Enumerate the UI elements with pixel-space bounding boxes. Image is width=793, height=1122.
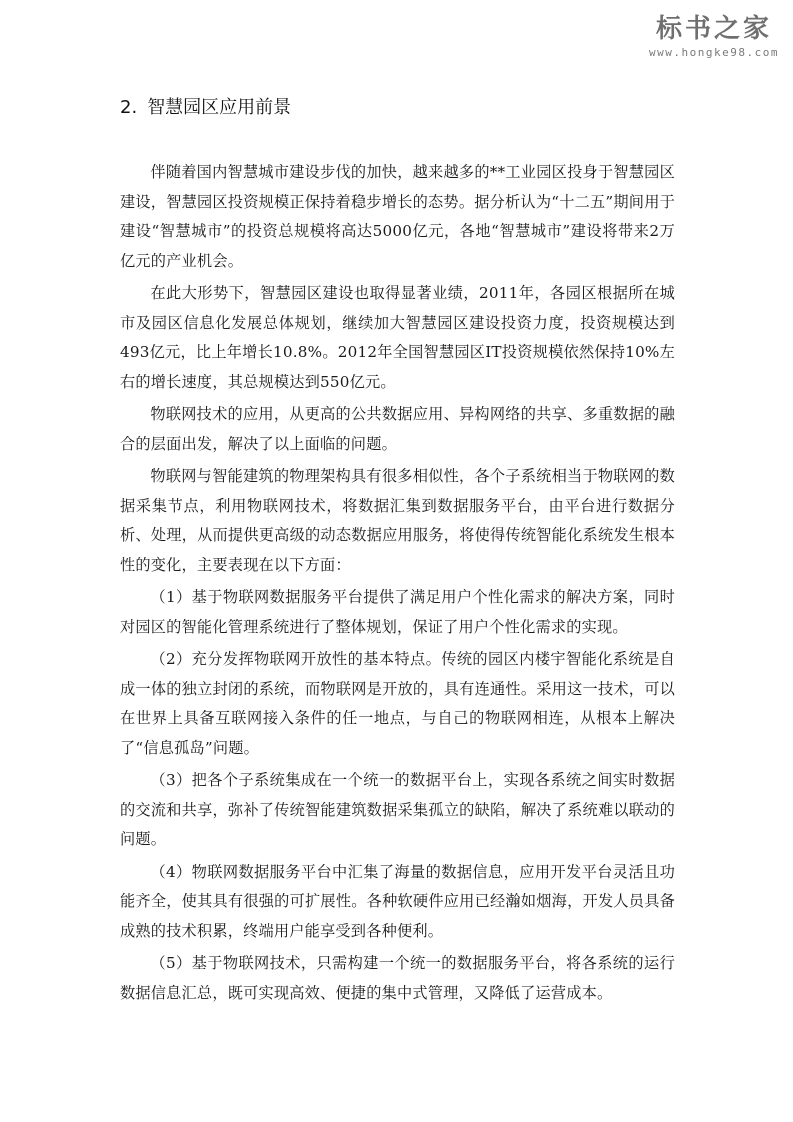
- list-item-3: （3）把各个子系统集成在一个统一的数据平台上，实现各系统之间实时数据的交流和共享…: [120, 766, 675, 855]
- paragraph-intro: 伴随着国内智慧城市建设步伐的加快，越来越多的**工业园区投身于智慧园区建设，智慧…: [120, 158, 675, 276]
- watermark-logo: 标书之家 www.hongke98.com: [649, 14, 779, 60]
- watermark-url: www.hongke98.com: [649, 46, 779, 60]
- paragraph-iot-architecture: 物联网与智能建筑的物理架构具有很多相似性，各个子系统相当于物联网的数据采集节点，…: [120, 462, 675, 580]
- paragraph-investment: 在此大形势下，智慧园区建设也取得显著业绩，2011年，各园区根据所在城市及园区信…: [120, 279, 675, 397]
- list-item-1: （1）基于物联网数据服务平台提供了满足用户个性化需求的解决方案，同时对园区的智能…: [120, 583, 675, 642]
- section-title: 智慧园区应用前景: [147, 97, 291, 118]
- section-number: 2.: [120, 97, 137, 118]
- list-item-5: （5）基于物联网技术，只需构建一个统一的数据服务平台，将各系统的运行数据信息汇总…: [120, 949, 675, 1008]
- list-item-2: （2）充分发挥物联网开放性的基本特点。传统的园区内楼宇智能化系统是自成一体的独立…: [120, 645, 675, 763]
- watermark-title: 标书之家: [649, 14, 779, 44]
- list-item-4: （4）物联网数据服务平台中汇集了海量的数据信息，应用开发平台灵活且功能齐全，使其…: [120, 858, 675, 947]
- paragraph-iot-application: 物联网技术的应用，从更高的公共数据应用、异构网络的共享、多重数据的融合的层面出发…: [120, 400, 675, 459]
- section-heading: 2.智慧园区应用前景: [120, 95, 675, 121]
- document-page: 2.智慧园区应用前景 伴随着国内智慧城市建设步伐的加快，越来越多的**工业园区投…: [120, 95, 675, 1011]
